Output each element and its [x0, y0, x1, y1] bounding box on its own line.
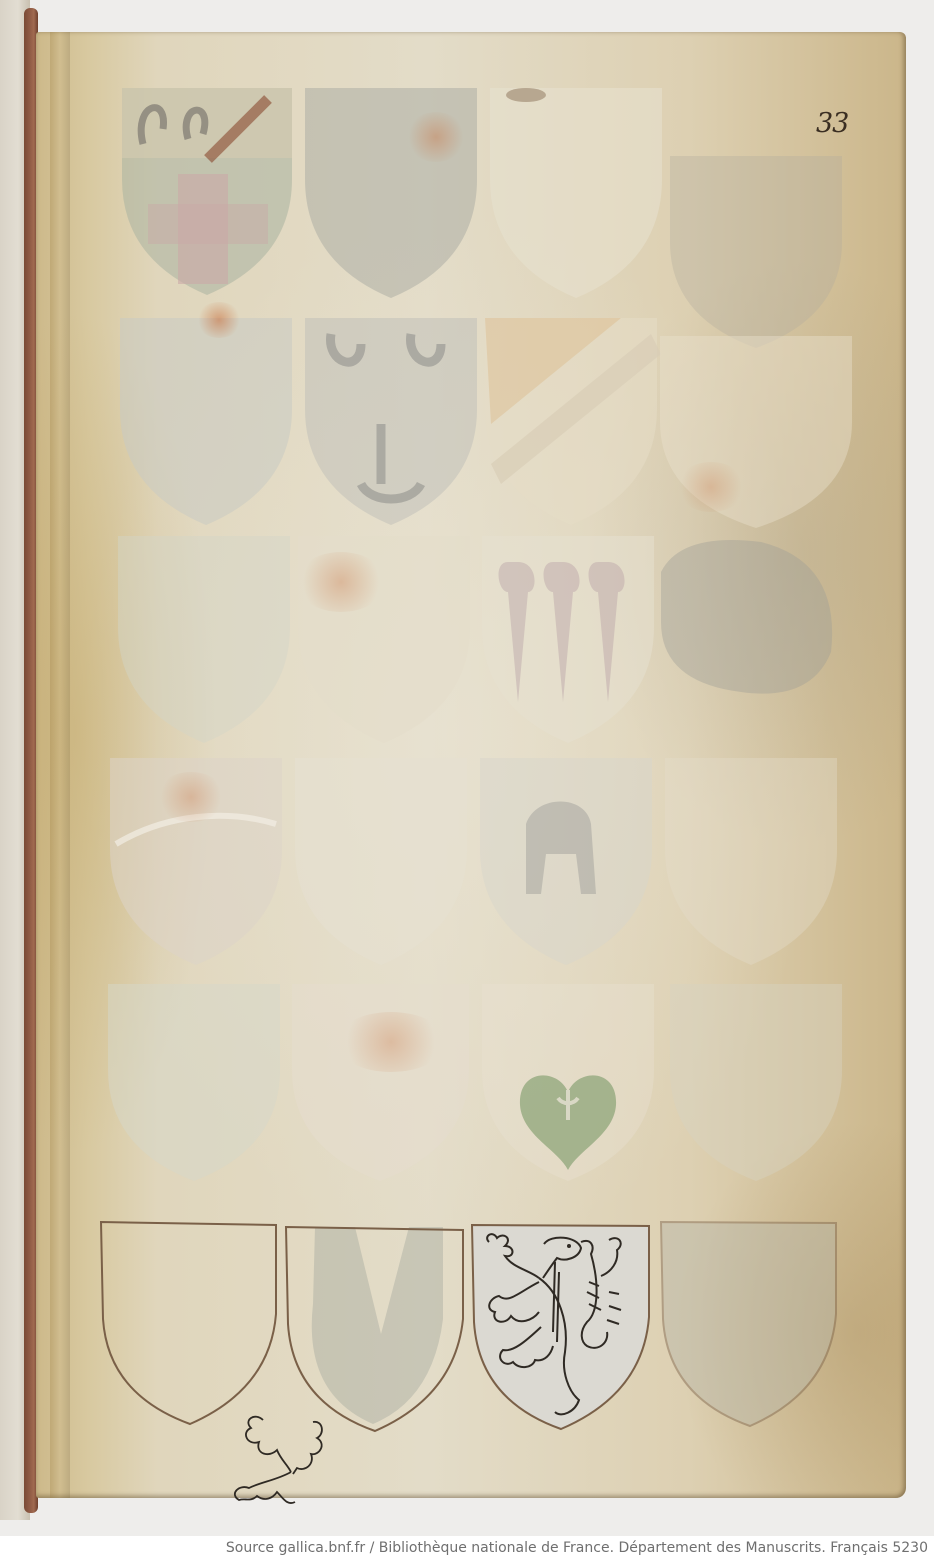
source-credit: Source gallica.bnf.fr / Bibliothèque nat…: [226, 1540, 928, 1556]
leaf-sprig-drawing: [221, 1402, 341, 1512]
manuscript-folio: 33: [36, 32, 906, 1498]
shield-r4c4: [661, 754, 841, 969]
footer: Source gallica.bnf.fr / Bibliothèque nat…: [0, 1536, 934, 1566]
shield-r5c3: [478, 980, 658, 1185]
scan-area: 33: [0, 0, 934, 1536]
foxing-stain: [196, 302, 242, 338]
gutter-fold: [50, 32, 70, 1498]
shield-r3c4: [641, 512, 851, 712]
shield-r5c1: [104, 980, 284, 1185]
shield-r3c3: [478, 532, 658, 747]
folio-number: 33: [816, 108, 848, 139]
foxing-stain: [156, 772, 226, 822]
shield-r4c3: [476, 754, 656, 969]
shield-r2c3: [481, 314, 661, 529]
shield-r6c1-outline: [98, 1219, 278, 1429]
shield-r5c4: [666, 980, 846, 1185]
shield-r1c1: [118, 84, 296, 299]
shield-r2c2: [301, 314, 481, 529]
shield-r6c3-lion-rampant: [469, 1222, 651, 1432]
shield-r1c3: [486, 84, 666, 302]
shield-r1c4: [666, 152, 846, 352]
shield-r3c1: [114, 532, 294, 747]
foxing-stain: [336, 1012, 446, 1072]
shield-r6c4-outline: [658, 1219, 838, 1429]
foxing-stain: [406, 112, 466, 162]
shield-r2c1: [116, 314, 296, 529]
foxing-stain: [296, 552, 386, 612]
shield-r4c2: [291, 754, 471, 969]
shield-r5c2: [288, 980, 473, 1185]
foxing-stain: [676, 462, 746, 512]
